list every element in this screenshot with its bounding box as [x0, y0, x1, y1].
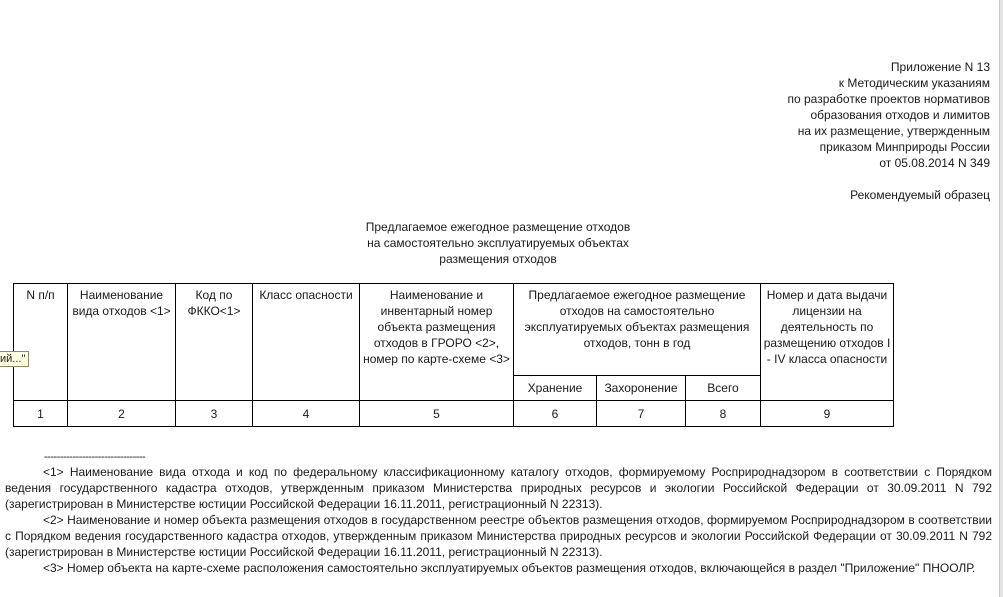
column-number: 9 — [761, 401, 894, 427]
column-number: 3 — [176, 401, 253, 427]
vertical-scrollbar[interactable] — [999, 0, 1003, 597]
document-title: Предлагаемое ежегодное размещение отходо… — [300, 219, 696, 267]
header-annual-placement: Предлагаемое ежегодное размещение отходо… — [514, 284, 761, 376]
footnote-separator: -------------------------------- — [44, 450, 145, 464]
column-number: 7 — [597, 401, 686, 427]
appendix-line: на их размещение, утвержденным — [590, 123, 990, 139]
appendix-line: образования отходов и лимитов — [590, 107, 990, 123]
subheader-burial: Захоронение — [597, 376, 686, 401]
header-object-name: Наименование и инвентарный номер объекта… — [360, 284, 514, 401]
appendix-line: Приложение N 13 — [590, 59, 990, 75]
column-number: 6 — [514, 401, 597, 427]
header-hazard-class: Класс опасности — [253, 284, 360, 401]
appendix-line: приказом Минприроды России — [590, 139, 990, 155]
footnote-1: <1> Наименование вида отхода и код по фе… — [5, 464, 992, 512]
column-number: 2 — [68, 401, 176, 427]
appendix-line: от 05.08.2014 N 349 — [590, 155, 990, 171]
header-waste-name: Наименование вида отходов <1> — [68, 284, 176, 401]
footnotes: <1> Наименование вида отхода и код по фе… — [5, 464, 992, 576]
subheader-total: Всего — [686, 376, 761, 401]
title-line: Предлагаемое ежегодное размещение отходо… — [300, 219, 696, 235]
waste-placement-table: N п/п Наименование вида отходов <1> Код … — [13, 283, 894, 427]
title-line: размещения отходов — [300, 251, 696, 267]
appendix-line: по разработке проектов нормативов — [590, 91, 990, 107]
footnote-2: <2> Наименование и номер объекта размеще… — [5, 512, 992, 560]
subheader-storage: Хранение — [514, 376, 597, 401]
recommended-sample-label: Рекомендуемый образец — [850, 187, 990, 203]
column-number: 8 — [686, 401, 761, 427]
appendix-line: к Методическим указаниям — [590, 75, 990, 91]
document-page: Приложение N 13 к Методическим указаниям… — [0, 0, 1000, 597]
column-number: 5 — [360, 401, 514, 427]
column-number: 1 — [14, 401, 68, 427]
footnote-3: <3> Номер объекта на карте-схеме располо… — [5, 560, 992, 576]
title-line: на самостоятельно эксплуатируемых объект… — [300, 235, 696, 251]
hover-tooltip: ий..." — [0, 351, 29, 367]
header-number: N п/п — [14, 284, 68, 401]
header-license: Номер и дата выдачи лицензии на деятельн… — [761, 284, 894, 401]
column-number-row: 1 2 3 4 5 6 7 8 9 — [14, 401, 894, 427]
column-number: 4 — [253, 401, 360, 427]
appendix-header: Приложение N 13 к Методическим указаниям… — [590, 59, 990, 171]
header-fkko-code: Код по ФККО<1> — [176, 284, 253, 401]
header-row: N п/п Наименование вида отходов <1> Код … — [14, 284, 894, 376]
